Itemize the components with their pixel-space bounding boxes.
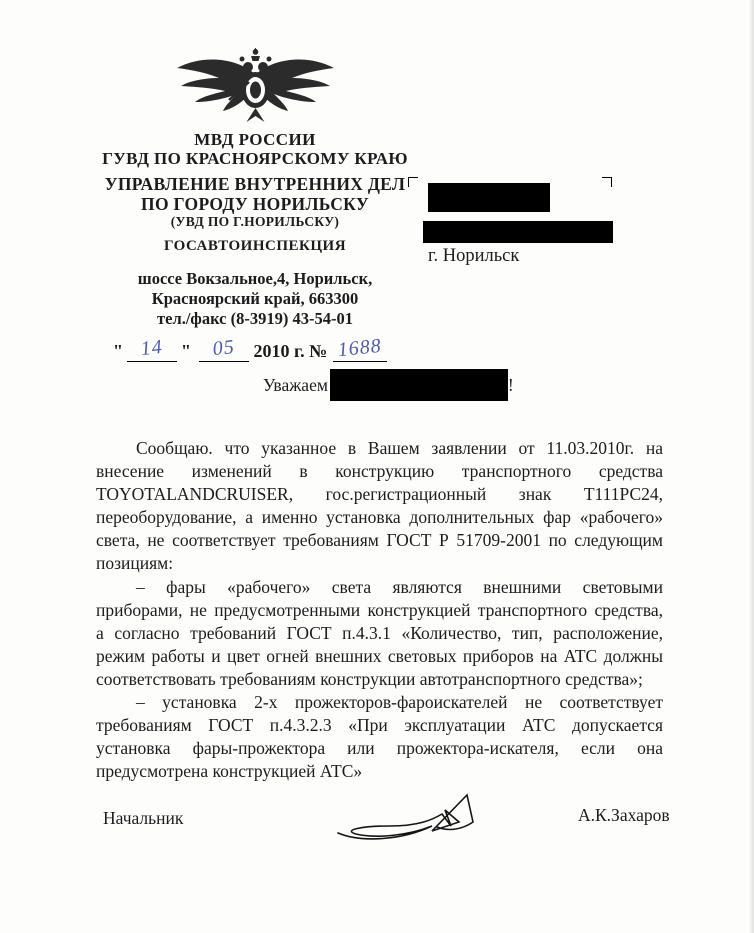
handwritten-signature-icon	[332, 786, 482, 846]
body-line: переоборудование, а именно установка доп…	[96, 506, 663, 529]
redacted-addressee-name	[330, 369, 508, 401]
letterhead: МВД РОССИИ ГУВД ПО КРАСНОЯРСКОМУ КРАЮ УП…	[75, 48, 435, 362]
address-line-2: Красноярский край, 663300	[75, 289, 435, 309]
signer-name: А.К.Захаров	[578, 805, 670, 826]
scan-edge-shadow	[749, 0, 754, 933]
signer-position-title: Начальник	[103, 808, 183, 829]
outgoing-number-blank: 1688	[333, 339, 387, 362]
body-line: позициям:	[96, 552, 663, 575]
address-line-3: тел./факс (8-3919) 43-54-01	[75, 309, 435, 329]
org-name-line-2: ГУВД ПО КРАСНОЯРСКОМУ КРАЮ	[75, 149, 435, 168]
body-line: соответствовать требованиям конструкции …	[96, 668, 663, 691]
year-number-label: 2010 г. №	[254, 341, 328, 361]
division-name: ГОСАВТОИНСПЕКЦИЯ	[75, 238, 435, 255]
salutation-prefix: Уважаем	[263, 375, 328, 396]
body-line: приборами, не предусмотренными конструкц…	[96, 599, 663, 622]
date-and-number-line: "14"05 2010 г. №1688	[75, 339, 435, 362]
redacted-recipient-line-2	[423, 221, 613, 243]
recipient-corner-mark-left	[408, 177, 418, 187]
org-name-line-1: МВД РОССИИ	[75, 130, 435, 149]
address-line-1: шоссе Вокзальное,4, Норильск,	[75, 269, 435, 289]
open-quote: "	[109, 341, 127, 361]
body-line: требованиям ГОСТ п.4.3.2.3 «При эксплуат…	[96, 714, 663, 737]
salutation-suffix: !	[508, 375, 514, 396]
dept-name-line-2: ПО ГОРОДУ НОРИЛЬСКУ	[75, 195, 435, 215]
date-month-blank: 05	[199, 339, 249, 362]
recipient-city: г. Норильск	[428, 246, 519, 267]
body-line: предусмотрена конструкцией АТС»	[96, 760, 663, 783]
close-quote: "	[177, 341, 195, 361]
date-day-blank: 14	[127, 339, 177, 362]
body-line: TOYOTALANDCRUISER, гос.регистрационный з…	[96, 483, 663, 506]
mvd-eagle-emblem-icon	[173, 48, 338, 126]
letter-body: Сообщаю. что указанное в Вашем заявлении…	[96, 437, 663, 783]
dept-abbreviation: (УВД ПО Г.НОРИЛЬСКУ)	[75, 214, 435, 230]
body-line: Сообщаю. что указанное в Вашем заявлении…	[96, 437, 663, 460]
body-line: – установка 2-х прожекторов-фароискателе…	[96, 691, 663, 714]
scanned-letter-page: МВД РОССИИ ГУВД ПО КРАСНОЯРСКОМУ КРАЮ УП…	[0, 0, 754, 933]
handwritten-day: 14	[140, 336, 164, 361]
body-line: – фары «рабочего» света являются внешним…	[96, 576, 663, 599]
dept-name-line-1: УПРАВЛЕНИЕ ВНУТРЕННИХ ДЕЛ	[75, 175, 435, 195]
body-line: режим работы и цвет огней внешних светов…	[96, 645, 663, 668]
body-line: внесение изменений в конструкцию транспо…	[96, 460, 663, 483]
body-line: установка фары-прожектора или прожектора…	[96, 737, 663, 760]
salutation-line: Уважаем !	[263, 369, 514, 401]
body-line: света, не соответствует требованиям ГОСТ…	[96, 529, 663, 552]
handwritten-number: 1688	[337, 335, 383, 362]
redacted-recipient-line-1	[428, 183, 550, 212]
handwritten-month: 05	[212, 336, 236, 361]
body-line: а согласно требований ГОСТ п.4.3.1 «Коли…	[96, 622, 663, 645]
recipient-corner-mark-right	[602, 177, 612, 187]
